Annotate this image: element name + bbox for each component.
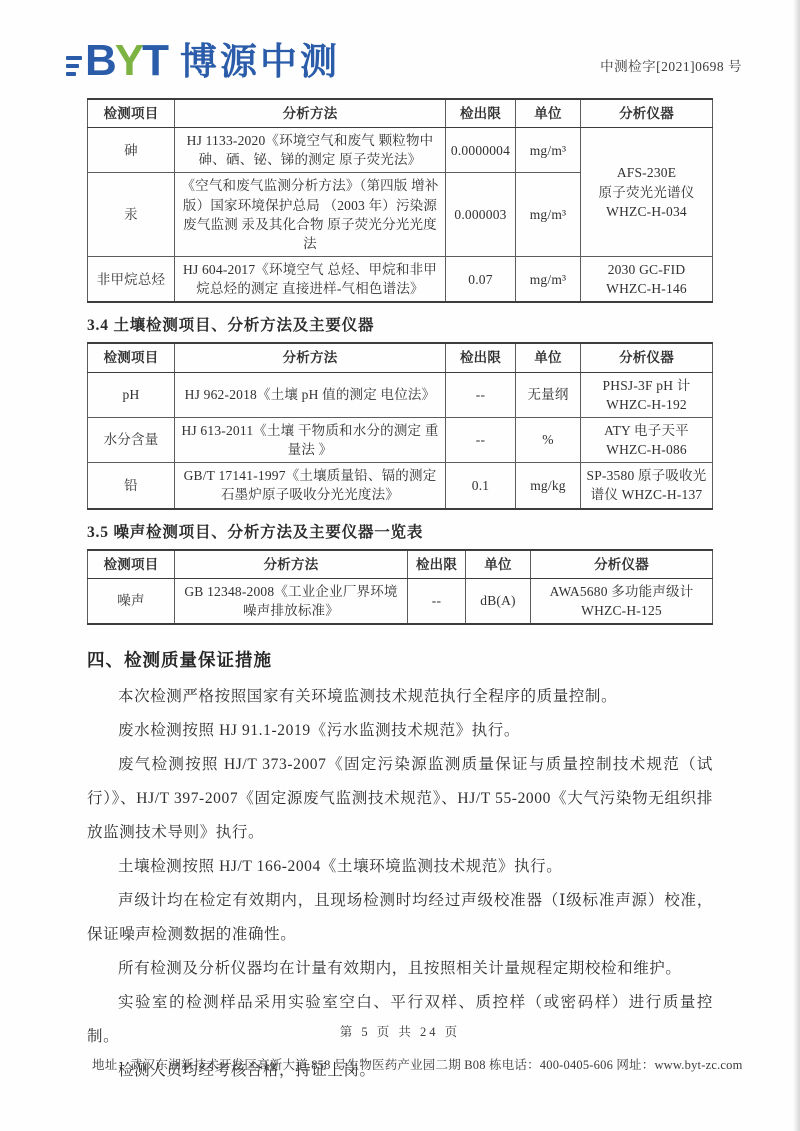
cell-limit: 0.0000004 (446, 128, 516, 173)
doc-number: 中测检字[2021]0698 号 (600, 55, 742, 75)
qa-paragraph: 土壤检测按照 HJ/T 166-2004《土壤环境监测技术规范》执行。 (87, 850, 713, 884)
section-3-5-title: 3.5 噪声检测项目、分析方法及主要仪器一览表 (87, 520, 713, 542)
cell-instrument: SP-3580 原子吸收光谱仪 WHZC-H-137 (581, 463, 713, 509)
cell-unit: mg/kg (516, 463, 581, 509)
cell-method: 《空气和废气监测分析方法》（第四版 增补版）国家环境保护总局 （2003 年）污… (175, 173, 446, 257)
qa-paragraph: 声级计均在检定有效期内，且现场检测时均经过声级校准器（Ⅰ级标准声源）校准，保证噪… (87, 884, 713, 952)
qa-paragraph: 废水检测按照 HJ 91.1-2019《污水监测技术规范》执行。 (87, 714, 713, 748)
cell-item: 水分含量 (88, 417, 175, 462)
cell-instrument: 2030 GC-FID WHZC-H-146 (581, 257, 713, 303)
cell-instrument: ATY 电子天平 WHZC-H-086 (581, 417, 713, 462)
qa-paragraph: 废气检测按照 HJ/T 373-2007《固定污染源监测质量保证与质量控制技术规… (87, 748, 713, 850)
company-logo: BYT 博源中测 (66, 39, 340, 83)
cell-item: 铅 (88, 463, 175, 509)
table-row: 非甲烷总烃 HJ 604-2017《环境空气 总烃、甲烷和非甲烷总烃的测定 直接… (88, 257, 713, 303)
col-header-instrument: 分析仪器 (581, 343, 713, 372)
col-header-unit: 单位 (516, 99, 581, 128)
cell-unit: mg/m³ (516, 128, 581, 173)
table-row: 砷 HJ 1133-2020《环境空气和废气 颗粒物中砷、硒、铋、锑的测定 原子… (88, 128, 713, 173)
col-header-unit: 单位 (516, 343, 581, 372)
col-header-method: 分析方法 (175, 343, 446, 372)
cell-limit: -- (408, 578, 466, 624)
cell-limit: 0.000003 (446, 173, 516, 257)
col-header-item: 检测项目 (88, 99, 175, 128)
logo-company-name: 博源中测 (180, 43, 340, 80)
col-header-item: 检测项目 (88, 550, 175, 579)
cell-item: 非甲烷总烃 (88, 257, 175, 303)
section-3-4-title: 3.4 土壤检测项目、分析方法及主要仪器 (87, 313, 713, 335)
cell-method: GB/T 17141-1997《土壤质量铅、镉的测定 石墨炉原子吸收分光光度法》 (175, 463, 446, 509)
page-number: 第 5 页 共 24 页 (0, 1022, 800, 1040)
cell-unit: % (516, 417, 581, 462)
table-header-row: 检测项目 分析方法 检出限 单位 分析仪器 (88, 550, 713, 579)
cell-method: HJ 1133-2020《环境空气和废气 颗粒物中砷、硒、铋、锑的测定 原子荧光… (175, 128, 446, 173)
cell-method: HJ 962-2018《土壤 pH 值的测定 电位法》 (175, 372, 446, 417)
air-gas-table: 检测项目 分析方法 检出限 单位 分析仪器 砷 HJ 1133-2020《环境空… (87, 98, 713, 303)
section-4-title: 四、检测质量保证措施 (87, 647, 713, 672)
table-header-row: 检测项目 分析方法 检出限 单位 分析仪器 (88, 343, 713, 372)
col-header-instrument: 分析仪器 (531, 550, 713, 579)
logo-letters: BYT (85, 39, 167, 83)
cell-method: GB 12348-2008《工业企业厂界环境噪声排放标准》 (175, 578, 408, 624)
logo-letter-y: Y (115, 36, 142, 85)
col-header-method: 分析方法 (175, 99, 446, 128)
cell-method: HJ 613-2011《土壤 干物质和水分的测定 重量法 》 (175, 417, 446, 462)
cell-method: HJ 604-2017《环境空气 总烃、甲烷和非甲烷总烃的测定 直接进样-气相色… (175, 257, 446, 303)
cell-limit: 0.1 (446, 463, 516, 509)
qa-paragraph: 实验室的检测样品采用实验室空白、平行双样、质控样（或密码样）进行质量控制。 (87, 986, 713, 1054)
col-header-item: 检测项目 (88, 343, 175, 372)
logo-letter-t: T (142, 36, 167, 85)
cell-unit: mg/m³ (516, 173, 581, 257)
scan-edge-shadow (793, 0, 800, 1131)
cell-item: 汞 (88, 173, 175, 257)
cell-limit: 0.07 (446, 257, 516, 303)
logo-letter-b: B (85, 36, 115, 85)
footer-address: 地址：武汉东湖新技术开发区高新大道 858 号生物医药产业园二期 B08 栋电话… (92, 1055, 748, 1073)
table-header-row: 检测项目 分析方法 检出限 单位 分析仪器 (88, 99, 713, 128)
table-row: 水分含量 HJ 613-2011《土壤 干物质和水分的测定 重量法 》 -- %… (88, 417, 713, 462)
cell-unit: 无量纲 (516, 372, 581, 417)
cell-limit: -- (446, 417, 516, 462)
logo-stripes-icon (66, 56, 82, 76)
table-row: 铅 GB/T 17141-1997《土壤质量铅、镉的测定 石墨炉原子吸收分光光度… (88, 463, 713, 509)
col-header-method: 分析方法 (175, 550, 408, 579)
cell-unit: mg/m³ (516, 257, 581, 303)
cell-limit: -- (446, 372, 516, 417)
table-row: 噪声 GB 12348-2008《工业企业厂界环境噪声排放标准》 -- dB(A… (88, 578, 713, 624)
col-header-limit: 检出限 (408, 550, 466, 579)
cell-item: pH (88, 372, 175, 417)
col-header-limit: 检出限 (446, 99, 516, 128)
qa-paragraph: 本次检测严格按照国家有关环境监测技术规范执行全程序的质量控制。 (87, 680, 713, 714)
col-header-unit: 单位 (466, 550, 531, 579)
cell-instrument: AWA5680 多功能声级计 WHZC-H-125 (531, 578, 713, 624)
cell-instrument: AFS-230E 原子荧光光谱仪 WHZC-H-034 (581, 128, 713, 257)
table-row: pH HJ 962-2018《土壤 pH 值的测定 电位法》 -- 无量纲 PH… (88, 372, 713, 417)
noise-table: 检测项目 分析方法 检出限 单位 分析仪器 噪声 GB 12348-2008《工… (87, 549, 713, 625)
report-page: BYT 博源中测 中测检字[2021]0698 号 检测项目 分析方法 检出限 … (0, 0, 800, 1131)
page-header: BYT 博源中测 中测检字[2021]0698 号 (0, 0, 800, 92)
col-header-instrument: 分析仪器 (581, 99, 713, 128)
col-header-limit: 检出限 (446, 343, 516, 372)
cell-unit: dB(A) (466, 578, 531, 624)
cell-instrument: PHSJ-3F pH 计 WHZC-H-192 (581, 372, 713, 417)
qa-paragraph: 所有检测及分析仪器均在计量有效期内，且按照相关计量规程定期校检和维护。 (87, 952, 713, 986)
soil-table: 检测项目 分析方法 检出限 单位 分析仪器 pH HJ 962-2018《土壤 … (87, 342, 713, 509)
cell-item: 噪声 (88, 578, 175, 624)
cell-item: 砷 (88, 128, 175, 173)
